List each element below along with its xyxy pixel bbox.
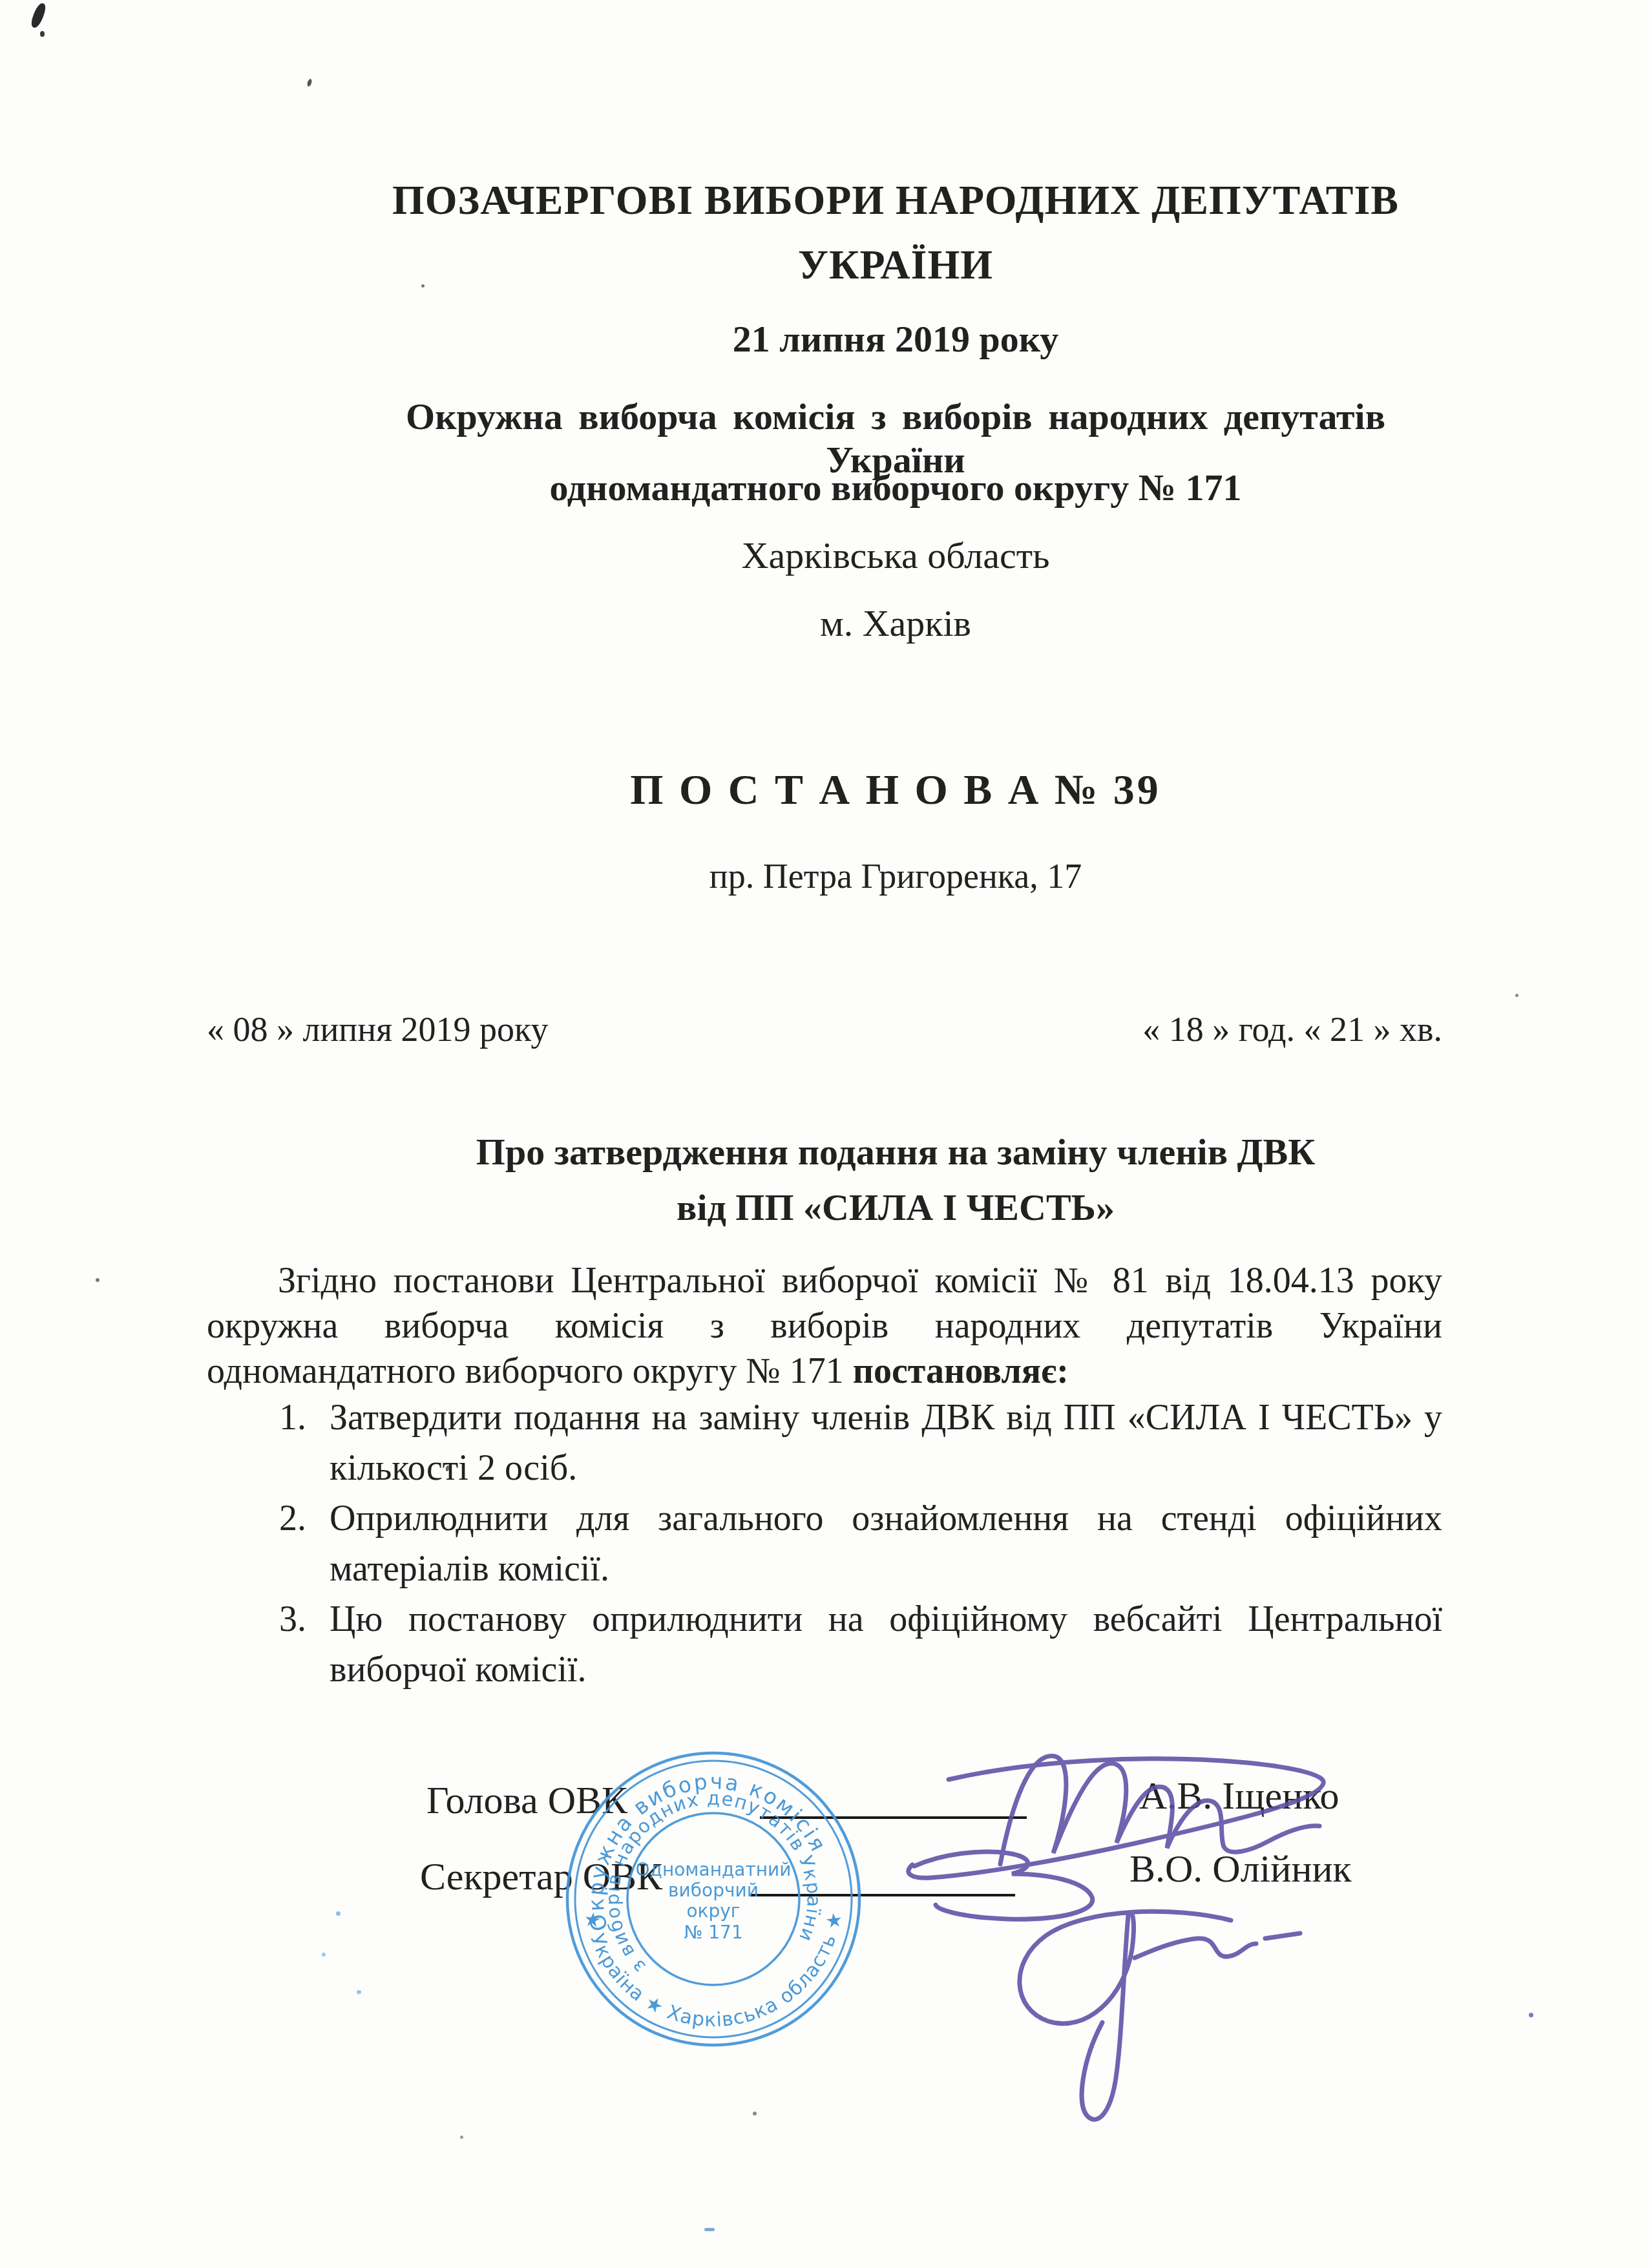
resolution-list: 1. Затвердити подання на заміну членів Д… [207, 1392, 1442, 1695]
scan-artifact [29, 2, 48, 30]
signature-stroke [1020, 1911, 1231, 2119]
item-line: виборчої комісії. [330, 1644, 1442, 1695]
signature-stroke [1265, 1933, 1300, 1938]
header-title-line1: ПОЗАЧЕРГОВІ ВИБОРИ НАРОДНИХ ДЕПУТАТІВ [349, 168, 1442, 233]
item-number: 1. [279, 1392, 306, 1443]
scan-speck [357, 1990, 361, 1994]
header-title-line2: УКРАЇНИ [349, 233, 1442, 297]
paragraph-line: Згідно постанови Центральної виборчої ко… [207, 1258, 1442, 1303]
subject-title: Про затвердження подання на заміну члені… [349, 1124, 1442, 1235]
paragraph-line-text: одномандатного виборчого округу № 171 [207, 1351, 844, 1391]
election-date: 21 липня 2019 року [349, 317, 1442, 361]
stamp-center-text: виборчий [668, 1880, 759, 1901]
item-line: Оприлюднити для загального ознайомлення … [330, 1493, 1442, 1544]
resolution-item: 1. Затвердити подання на заміну членів Д… [207, 1392, 1442, 1493]
signature-stroke [1135, 1938, 1256, 1958]
scan-speck [704, 2228, 715, 2231]
stamp-center-text: № 171 [684, 1922, 742, 1943]
item-number: 2. [279, 1493, 306, 1544]
resolution-address: пр. Петра Григоренка, 17 [349, 856, 1442, 896]
scan-artifact [40, 31, 45, 37]
scan-speck [96, 1278, 100, 1282]
item-line: матеріалів комісії. [330, 1544, 1442, 1594]
stamp-center-text: Одномандатний [636, 1859, 792, 1880]
region-line: Харківська область [349, 534, 1442, 577]
paragraph-resolves-word: постановляє: [853, 1351, 1069, 1391]
scan-speck [421, 284, 425, 288]
resolution-item: 2. Оприлюднити для загального ознайомлен… [207, 1493, 1442, 1594]
paragraph-line: одномандатного виборчого округу № 171 по… [207, 1349, 1442, 1394]
resolution-item: 3. Цю постанову оприлюднити на офіційном… [207, 1594, 1442, 1695]
stamp-center-text: округ [686, 1900, 740, 1922]
date-time-row: « 08 » липня 2019 року « 18 » год. « 21 … [207, 1009, 1442, 1049]
scan-speck [753, 2112, 757, 2116]
scan-speck [336, 1911, 341, 1916]
item-line: кількості 2 осіб. [330, 1443, 1442, 1493]
resolution-date: « 08 » липня 2019 року [207, 1009, 548, 1049]
scan-speck [322, 1953, 326, 1957]
scan-speck [460, 2136, 463, 2139]
scan-speck [1529, 2013, 1533, 2017]
subject-line1: Про затвердження подання на заміну члені… [349, 1124, 1442, 1180]
item-number: 3. [279, 1594, 306, 1644]
subject-line2: від ПП «СИЛА І ЧЕСТЬ» [349, 1180, 1442, 1235]
paragraph-line: окружна виборча комісія з виборів народн… [207, 1303, 1442, 1349]
official-stamp: Окружна виборча комісія з виборів народн… [565, 1750, 862, 2048]
signatory-name: А.В. Іщенко [1139, 1774, 1339, 1818]
resolution-time: « 18 » год. « 21 » хв. [1142, 1009, 1442, 1049]
signatory-name: В.О. Олійник [1129, 1847, 1352, 1891]
district-line: одномандатного виборчого округу № 171 [349, 466, 1442, 509]
resolution-title: П О С Т А Н О В А № 39 [349, 766, 1442, 815]
scan-speck [1515, 994, 1518, 997]
header-title: ПОЗАЧЕРГОВІ ВИБОРИ НАРОДНИХ ДЕПУТАТІВ УК… [349, 168, 1442, 297]
city-line: м. Харків [349, 602, 1442, 645]
item-line: Цю постанову оприлюднити на офіційному в… [330, 1594, 1442, 1644]
scan-speck [306, 78, 312, 87]
body-paragraph: Згідно постанови Центральної виборчої ко… [207, 1258, 1442, 1394]
item-line: Затвердити подання на заміну членів ДВК … [330, 1392, 1442, 1443]
document-page: ПОЗАЧЕРГОВІ ВИБОРИ НАРОДНИХ ДЕПУТАТІВ УК… [0, 0, 1649, 2268]
signature-stroke [914, 1852, 1093, 1919]
